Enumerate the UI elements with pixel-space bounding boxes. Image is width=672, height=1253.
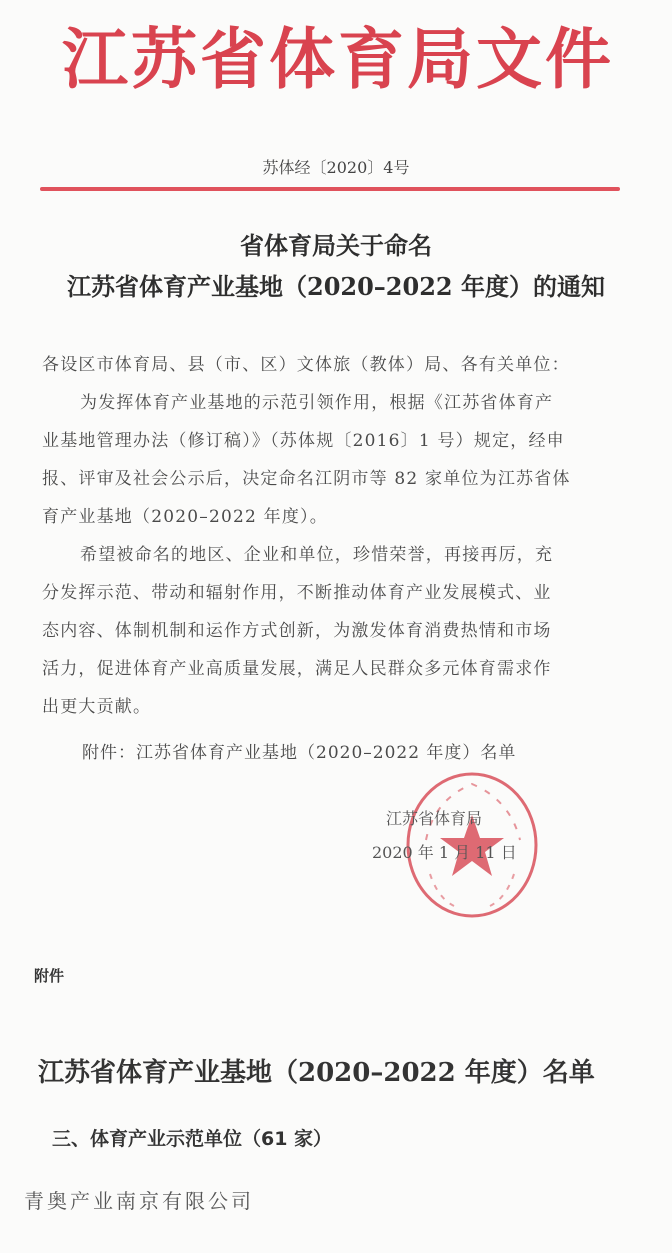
paragraph2-line: 分发挥示范、带动和辐射作用，不断推动体育产业发展模式、业 xyxy=(42,578,552,603)
signature-date: 2020 年 1 月 11 日 xyxy=(372,840,517,863)
paragraph1-line: 育产业基地（2020–2022 年度）。 xyxy=(42,502,328,527)
paragraph1-line: 业基地管理办法（修订稿）》（苏体规〔2016〕1 号）规定，经申 xyxy=(42,426,565,451)
issuer-title: 江苏省体育局文件 xyxy=(62,18,622,100)
paragraph1-line: 为发挥体育产业基地的示范引领作用，根据《江苏省体育产 xyxy=(80,388,553,413)
paragraph1-line: 报、评审及社会公示后，决定命名江阴市等 82 家单位为江苏省体 xyxy=(42,464,571,489)
annex-title: 江苏省体育产业基地（2020–2022 年度）名单 xyxy=(38,1052,595,1089)
paragraph2-line: 出更大贡献。 xyxy=(42,692,151,717)
red-divider xyxy=(40,187,620,191)
paragraph2-line: 希望被命名的地区、企业和单位，珍惜荣誉，再接再厉，充 xyxy=(80,540,553,565)
paragraph2-line: 活力，促进体育产业高质量发展，满足人民群众多元体育需求作 xyxy=(42,654,552,679)
unit-list-item: 青奥产业南京有限公司 xyxy=(24,1185,254,1214)
document-number: 苏体经〔2020〕4号 xyxy=(0,155,672,178)
notice-title-line1: 省体育局关于命名 xyxy=(0,226,672,261)
signature-org: 江苏省体育局 xyxy=(386,806,482,829)
addressee: 各设区市体育局、县（市、区）文体旅（教体）局、各有关单位： xyxy=(42,350,570,375)
section-heading: 三、体育产业示范单位（61 家） xyxy=(52,1124,332,1151)
attachment-note: 附件：江苏省体育产业基地（2020–2022 年度）名单 xyxy=(82,738,516,763)
paragraph2-line: 态内容、体制机制和运作方式创新，为激发体育消费热情和市场 xyxy=(42,616,552,641)
notice-title-line2: 江苏省体育产业基地（2020–2022 年度）的通知 xyxy=(0,267,672,302)
annex-label: 附件 xyxy=(34,965,64,986)
